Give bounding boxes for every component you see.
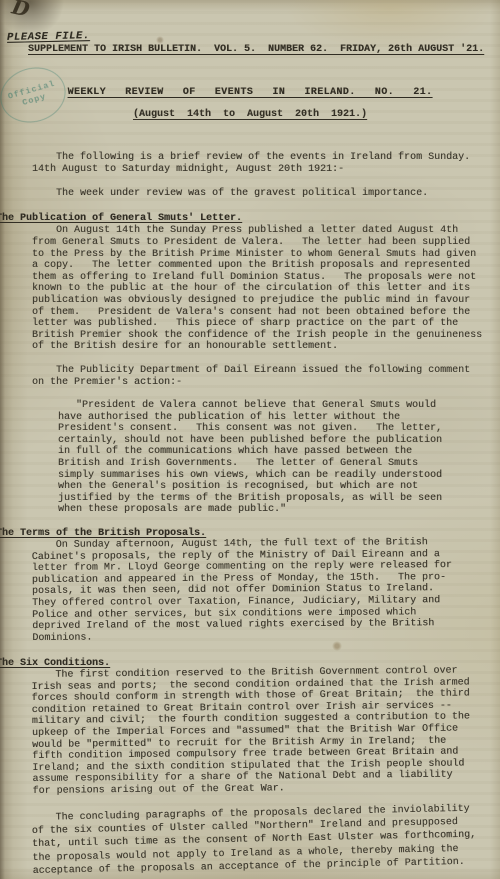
document-body: The following is a brief review of the e… <box>0 140 500 877</box>
concluding-paragraph: The concluding paragraphs of the proposa… <box>31 802 496 878</box>
smuts-letter-paragraph-1: On August 14th the Sunday Press publishe… <box>32 225 496 353</box>
british-proposals-paragraph: On Sunday afternoon, August 14th, the fu… <box>32 536 497 644</box>
six-conditions-paragraph: The first condition reserved to the Brit… <box>31 665 496 797</box>
page-title: WEEKLY REVIEW OF EVENTS IN IRELAND. NO. … <box>0 87 500 98</box>
masthead: SUPPLEMENT TO IRISH BULLETIN. VOL. 5. NU… <box>28 44 484 55</box>
de-valera-statement-quote: "President de Valera cannot believe that… <box>58 400 496 516</box>
intro-paragraph-1: The following is a brief review of the e… <box>32 152 496 175</box>
document-page: D PLEASE FILE. SUPPLEMENT TO IRISH BULLE… <box>0 0 500 879</box>
pen-mark: D <box>10 0 32 22</box>
section-heading-smuts-letter: The Publication of General Smuts' Letter… <box>0 213 496 225</box>
smuts-letter-paragraph-2: The Publicity Department of Dail Eireann… <box>32 365 496 388</box>
page-subtitle: (August 14th to August 20th 1921.) <box>0 109 500 120</box>
intro-paragraph-2: The week under review was of the gravest… <box>32 188 496 200</box>
handwritten-note: PLEASE FILE. <box>7 30 90 44</box>
